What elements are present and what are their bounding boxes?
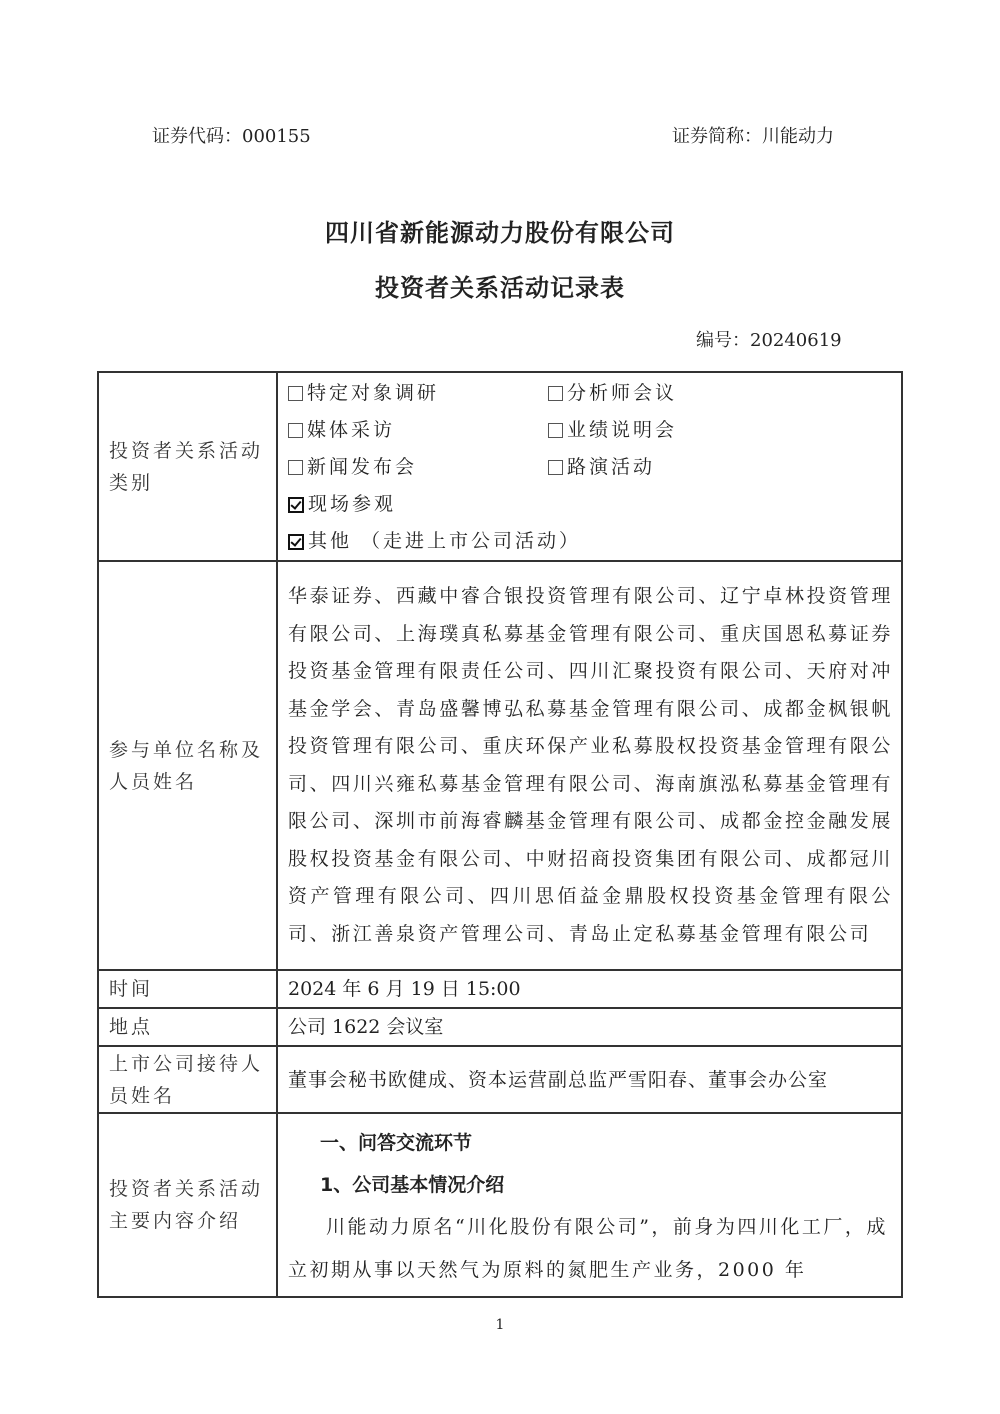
subsection-heading: 1、公司基本情况介绍 bbox=[288, 1164, 893, 1206]
value-participants: 华泰证券、西藏中睿合银投资管理有限公司、辽宁卓林投资管理有限公司、上海璞真私募基… bbox=[277, 561, 902, 970]
checkbox-item-5[interactable]: 路演活动 bbox=[548, 449, 893, 486]
checkbox-unchecked-icon[interactable] bbox=[288, 386, 303, 401]
checkbox-unchecked-icon[interactable] bbox=[288, 423, 303, 438]
page-number: 1 bbox=[0, 1317, 1000, 1333]
value-activity-type: 特定对象调研 分析师会议 媒体采访 业绩说明会 新闻发布会 bbox=[277, 372, 902, 561]
checkbox-label: 其他 （走进上市公司活动） bbox=[308, 523, 581, 560]
checkbox-item-3[interactable]: 业绩说明会 bbox=[548, 412, 893, 449]
row-participants: 参与单位名称及人员姓名 华泰证券、西藏中睿合银投资管理有限公司、辽宁卓林投资管理… bbox=[98, 561, 902, 970]
value-time: 2024 年 6 月 19 日 15:00 bbox=[277, 970, 902, 1008]
checkbox-checked-icon[interactable] bbox=[288, 534, 304, 550]
reception-text: 董事会秘书欧健成、资本运营副总监严雪阳春、董事会办公室 bbox=[288, 1062, 893, 1098]
value-reception: 董事会秘书欧健成、资本运营副总监严雪阳春、董事会办公室 bbox=[277, 1046, 902, 1113]
checkbox-label: 新闻发布会 bbox=[307, 449, 417, 486]
checkbox-label: 媒体采访 bbox=[307, 412, 395, 449]
row-activity-type: 投资者关系活动类别 特定对象调研 分析师会议 媒体采访 业绩说明会 bbox=[98, 372, 902, 561]
checkbox-label: 路演活动 bbox=[567, 449, 655, 486]
location-text: 公司 1622 会议室 bbox=[288, 1009, 893, 1045]
label-location: 地点 bbox=[98, 1008, 277, 1046]
row-content: 投资者关系活动主要内容介绍 一、问答交流环节 1、公司基本情况介绍 川能动力原名… bbox=[98, 1113, 902, 1297]
content-body: 一、问答交流环节 1、公司基本情况介绍 川能动力原名“川化股份有限公司”，前身为… bbox=[288, 1114, 893, 1296]
checkbox-unchecked-icon[interactable] bbox=[548, 423, 563, 438]
checkbox-label: 分析师会议 bbox=[567, 375, 677, 412]
label-activity-type: 投资者关系活动类别 bbox=[98, 372, 277, 561]
content-paragraph: 川能动力原名“川化股份有限公司”，前身为四川化工厂，成立初期从事以天然气为原料的… bbox=[288, 1206, 893, 1292]
value-content: 一、问答交流环节 1、公司基本情况介绍 川能动力原名“川化股份有限公司”，前身为… bbox=[277, 1113, 902, 1297]
checkbox-item-4[interactable]: 新闻发布会 bbox=[288, 449, 548, 486]
checkbox-unchecked-icon[interactable] bbox=[288, 460, 303, 475]
serial-number: 编号：20240619 bbox=[696, 326, 842, 352]
activity-record-table: 投资者关系活动类别 特定对象调研 分析师会议 媒体采访 业绩说明会 bbox=[97, 371, 903, 1298]
checkbox-item-2[interactable]: 媒体采访 bbox=[288, 412, 548, 449]
stock-abbreviation: 证券简称：川能动力 bbox=[672, 122, 834, 148]
label-content: 投资者关系活动主要内容介绍 bbox=[98, 1113, 277, 1297]
checkbox-checked-icon[interactable] bbox=[288, 497, 304, 513]
checkbox-unchecked-icon[interactable] bbox=[548, 386, 563, 401]
checkbox-label: 特定对象调研 bbox=[307, 375, 439, 412]
stock-code: 证券代码：000155 bbox=[152, 122, 311, 148]
checkbox-item-7[interactable]: 其他 （走进上市公司活动） bbox=[288, 523, 893, 560]
label-participants: 参与单位名称及人员姓名 bbox=[98, 561, 277, 970]
checkbox-item-6[interactable]: 现场参观 bbox=[288, 486, 893, 523]
checkbox-label: 现场参观 bbox=[308, 486, 396, 523]
section-heading: 一、问答交流环节 bbox=[288, 1122, 893, 1164]
value-location: 公司 1622 会议室 bbox=[277, 1008, 902, 1046]
checkbox-unchecked-icon[interactable] bbox=[548, 460, 563, 475]
company-title: 四川省新能源动力股份有限公司 bbox=[0, 213, 1000, 248]
participants-text: 华泰证券、西藏中睿合银投资管理有限公司、辽宁卓林投资管理有限公司、上海璞真私募基… bbox=[288, 575, 893, 956]
row-time: 时间 2024 年 6 月 19 日 15:00 bbox=[98, 970, 902, 1008]
label-reception: 上市公司接待人员姓名 bbox=[98, 1046, 277, 1113]
activity-type-checkboxes: 特定对象调研 分析师会议 媒体采访 业绩说明会 新闻发布会 bbox=[288, 373, 893, 560]
row-reception: 上市公司接待人员姓名 董事会秘书欧健成、资本运营副总监严雪阳春、董事会办公室 bbox=[98, 1046, 902, 1113]
checkbox-label: 业绩说明会 bbox=[567, 412, 677, 449]
checkbox-item-1[interactable]: 分析师会议 bbox=[548, 375, 893, 412]
row-location: 地点 公司 1622 会议室 bbox=[98, 1008, 902, 1046]
label-time: 时间 bbox=[98, 970, 277, 1008]
checkbox-item-0[interactable]: 特定对象调研 bbox=[288, 375, 548, 412]
time-text: 2024 年 6 月 19 日 15:00 bbox=[288, 971, 893, 1007]
form-title: 投资者关系活动记录表 bbox=[0, 268, 1000, 303]
